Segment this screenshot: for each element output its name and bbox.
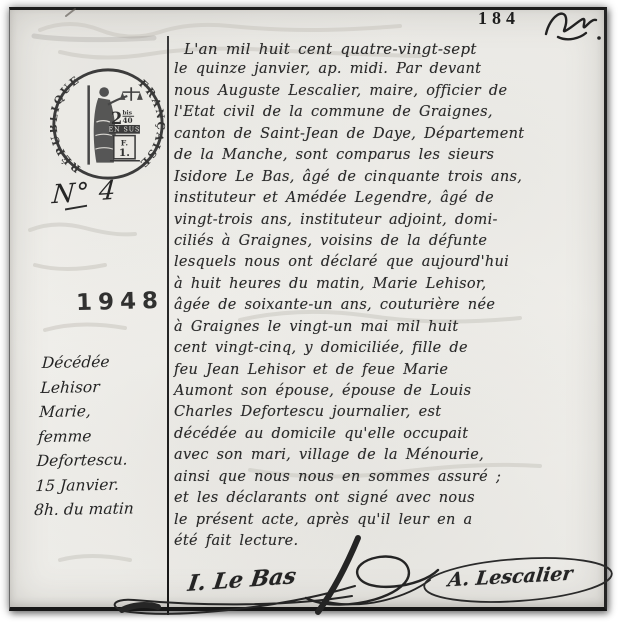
margin-note-line: 8h. du matin: [34, 496, 160, 523]
act-line: à Graignes le vingt-un mai mil huit: [174, 319, 606, 340]
stamp-value-sub: 40: [123, 116, 133, 125]
death-record-scan: { "page": { "number": "184" }, "seal": {…: [0, 0, 618, 622]
margin-note-line: 15 Janvier.: [35, 471, 161, 498]
act-line: ciliés à Graignes, voisins de la défunte: [174, 233, 606, 254]
act-line: Aumont son épouse, épouse de Louis: [174, 383, 606, 404]
margin-note-line: Marie,: [39, 398, 165, 425]
act-line: ainsi que nous nous en sommes assuré ;: [174, 469, 606, 490]
act-line: canton de Saint-Jean de Daye, Départemen…: [174, 126, 606, 147]
margin-note-line: femme: [37, 422, 163, 449]
act-line: âgée de soixante-un ans, couturière née: [174, 297, 606, 318]
registration-stamp-number: 1948: [76, 288, 165, 316]
act-line: Isidore Le Bas, âgé de cinquante trois a…: [174, 169, 606, 190]
margin-note-line: Lehisor: [40, 373, 166, 400]
act-line: lesquels nous ont déclaré que aujourd'hu…: [174, 254, 606, 275]
stamp-value-band: EN SUS: [109, 127, 141, 134]
registry-act-text: L'an mil huit cent quatre-vingt-sept le …: [174, 40, 606, 555]
act-line: instituteur et Amédée Legendre, âgé de: [174, 190, 606, 211]
act-line: L'an mil huit cent quatre-vingt-sept: [174, 40, 606, 61]
act-line: de la Manche, sont comparus les sieurs: [174, 147, 606, 168]
page-number: 184: [478, 8, 520, 29]
act-line: été fait lecture.: [174, 533, 606, 554]
margin-annotation: Décédée Lehisor Marie, femme Defortescu.…: [34, 349, 168, 523]
act-line: nous Auguste Lescalier, maire, officier …: [174, 83, 606, 104]
act-line: l'Etat civil de la commune de Graignes,: [174, 104, 606, 125]
act-line: à huit heures du matin, Marie Lehisor,: [174, 276, 606, 297]
act-line: le présent acte, après qu'il leur en a: [174, 512, 606, 533]
margin-note-line: Defortescu.: [36, 447, 162, 474]
act-line: et les déclarants ont signé avec nous: [174, 490, 606, 511]
act-line: avec son mari, village de la Ménourie,: [174, 447, 606, 468]
act-line: vingt-trois ans, instituteur adjoint, do…: [174, 212, 606, 233]
margin-rule-line: [167, 36, 169, 615]
act-line: le quinze janvier, ap. midi. Par devant: [174, 61, 606, 82]
act-line: décédée au domicile qu'elle occupait: [174, 426, 606, 447]
stamp-pedestal-1: 1.: [119, 146, 130, 159]
republique-francaise-stamp-icon: RÉPUBLIQUE FRANÇAISE 2 bis 40 EN SUS F. …: [50, 66, 166, 182]
act-line: Charles Defortescu journalier, est: [174, 404, 606, 425]
act-line: feu Jean Lehisor et de feue Marie: [174, 362, 606, 383]
act-number: N° 4: [51, 176, 118, 211]
act-line: cent vingt-cinq, y domiciliée, fille de: [174, 340, 606, 361]
margin-note-line: Décédée: [41, 349, 167, 376]
